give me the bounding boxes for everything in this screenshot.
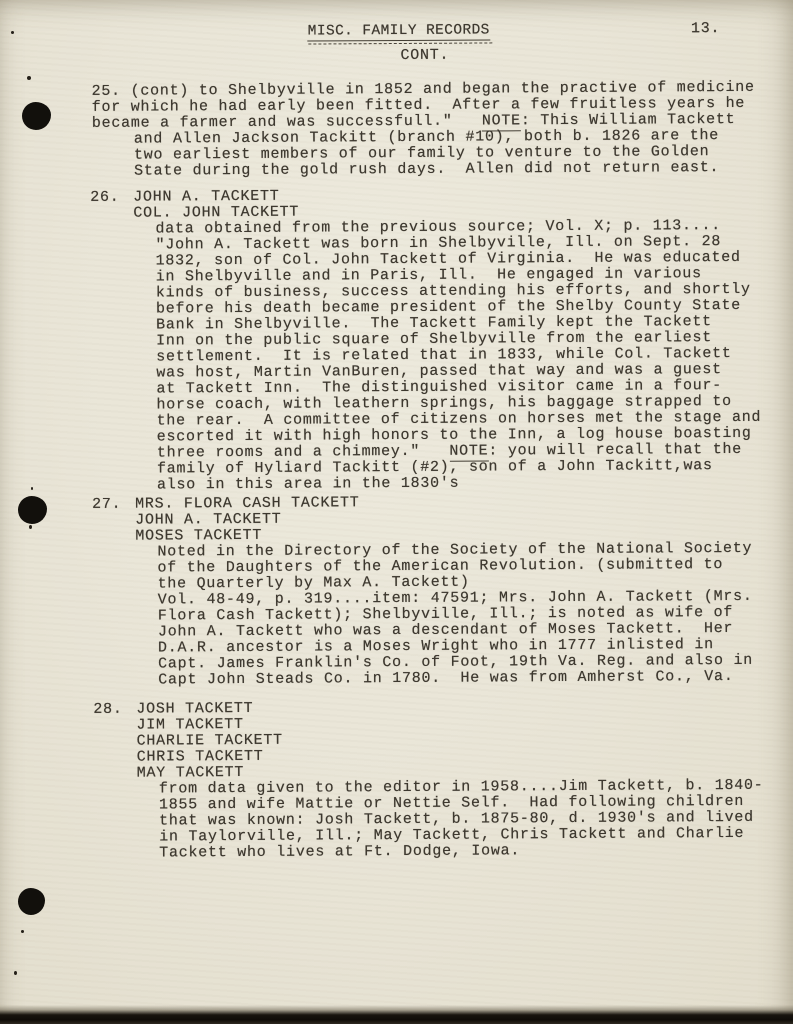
page-content: MISC. FAMILY RECORDS CONT. 13. 25. (cont…	[0, 0, 793, 1024]
item-number: 28.	[93, 702, 122, 718]
ink-speck	[27, 76, 31, 80]
ink-speck	[21, 930, 24, 933]
ink-speck	[31, 487, 33, 490]
ink-speck	[14, 971, 17, 975]
text-line: Tackett who lives at Ft. Dodge, Iowa.	[96, 842, 793, 862]
page-subtitle: CONT.	[28, 45, 793, 66]
scan-edge-shadow	[0, 1005, 793, 1024]
ink-speck	[11, 31, 14, 34]
text-line: Capt John Steads Co. in 1780. He was fro…	[95, 669, 793, 689]
page-number: 13.	[691, 21, 720, 37]
page-header: MISC. FAMILY RECORDS CONT.	[0, 19, 790, 67]
page-title: MISC. FAMILY RECORDS	[308, 22, 490, 41]
text-line: State during the gold rush days. Allen d…	[92, 160, 791, 180]
item-number: 27.	[92, 497, 121, 513]
record-item-27: 27.MRS. FLORA CASH TACKETTJOHN A. TACKET…	[0, 493, 793, 690]
ink-speck	[29, 525, 32, 529]
record-item-25-cont: 25. (cont) to Shelbyville in 1852 and be…	[0, 80, 791, 181]
record-item-26: 26.JOHN A. TACKETTCOL. JOHN TACKETTdata …	[0, 186, 793, 495]
records-list: 25. (cont) to Shelbyville in 1852 and be…	[0, 80, 793, 863]
record-item-28: 28.JOSH TACKETTJIM TACKETTCHARLIE TACKET…	[1, 698, 793, 863]
text-line: also in this area in the 1830's	[94, 474, 793, 494]
item-number: 26.	[90, 190, 119, 206]
scanned-document-page: MISC. FAMILY RECORDS CONT. 13. 25. (cont…	[0, 0, 793, 1024]
